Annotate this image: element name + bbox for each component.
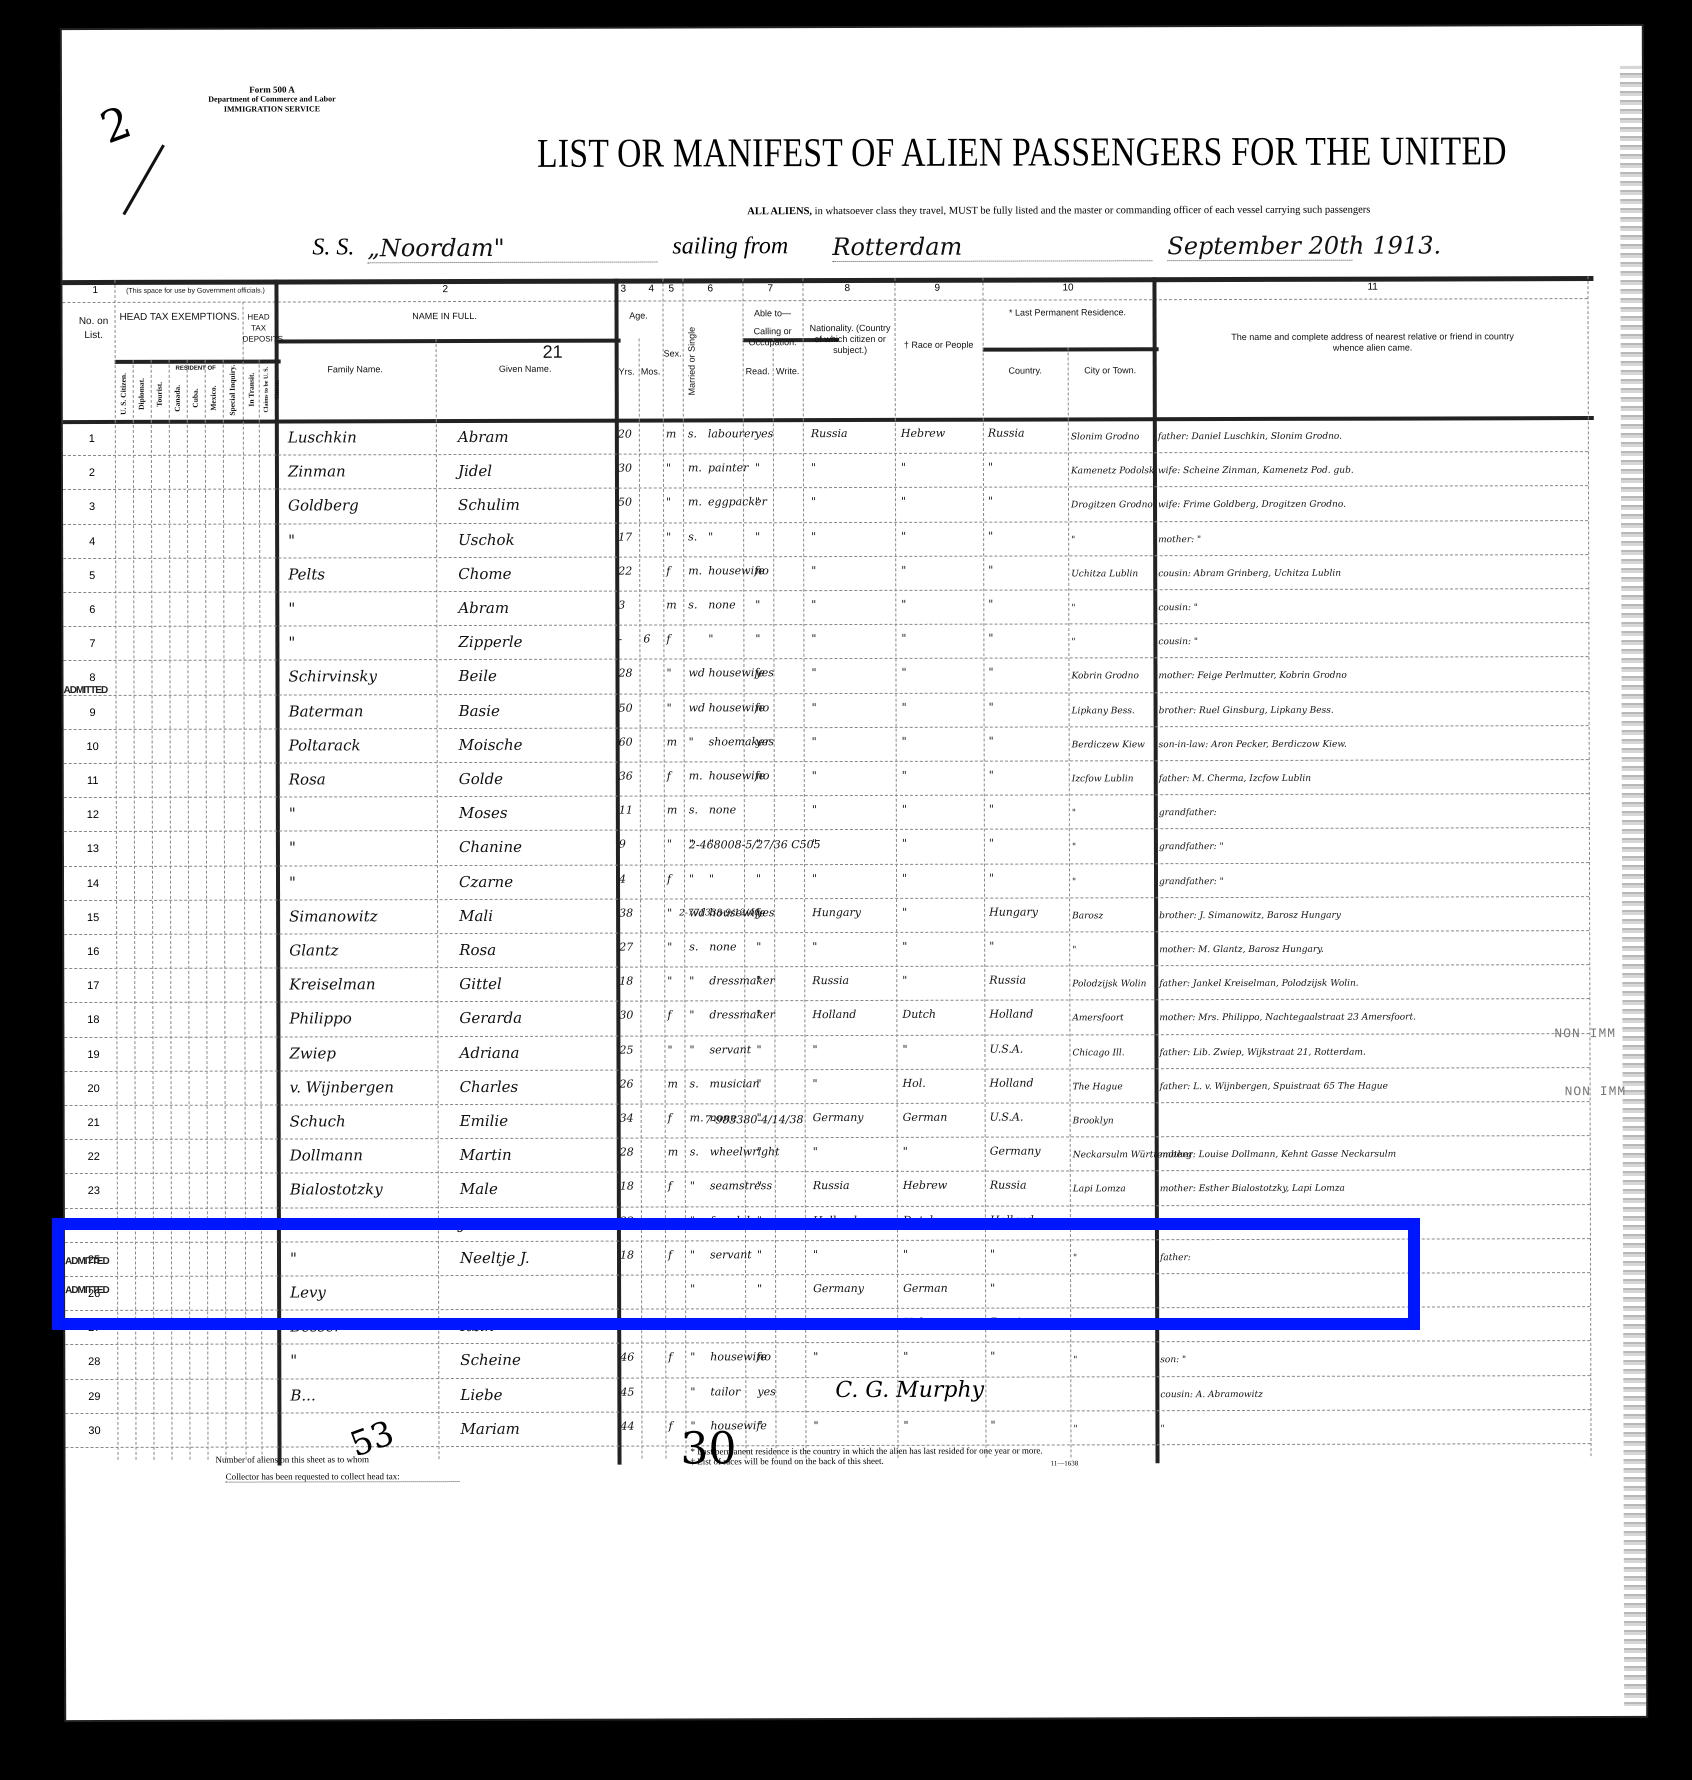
subcol-in-transit: In Transit. <box>246 364 257 417</box>
gov-use-label: (This space for use by Government offici… <box>116 286 274 297</box>
subcol-mexico: Mexico. <box>208 380 219 417</box>
marital-status: s. <box>689 940 698 953</box>
sex: " <box>667 701 672 714</box>
row-number: 4 <box>77 536 107 548</box>
sex: m <box>668 1214 678 1227</box>
family-name: Pelts <box>288 565 325 583</box>
residence-city: " <box>1073 1253 1077 1263</box>
given-name: Basie <box>459 702 500 720</box>
last-residence-label: * Last Permanent Residence. <box>983 307 1153 318</box>
read-label: Read. <box>743 366 773 377</box>
row17-annotation: 2-771338-9/12/40 <box>679 908 760 918</box>
able-to-read: " <box>757 1214 762 1227</box>
race: " <box>903 1145 908 1158</box>
city-label: City or Town. <box>1068 365 1153 376</box>
given-name: Chome <box>458 565 511 583</box>
nearest-relative: mother: " <box>1158 535 1201 545</box>
race: German <box>903 1282 948 1295</box>
nearest-relative: grandfather: <box>1159 808 1217 818</box>
given-name: Emilie <box>460 1112 509 1130</box>
marital-status: s. <box>690 1146 699 1159</box>
age-years: 46 <box>620 1351 634 1364</box>
residence-country: " <box>989 837 994 850</box>
sex: m <box>667 804 677 817</box>
row-number: 17 <box>78 980 108 992</box>
sex: m <box>666 598 676 611</box>
col-number-9: 9 <box>934 283 940 294</box>
write-label: Write. <box>773 366 803 377</box>
name-in-full-label: NAME IN FULL. <box>275 311 615 323</box>
manifest-sheet: Form 500 A Department of Commerce and La… <box>62 26 1646 1720</box>
given-name: Rosa <box>459 941 496 959</box>
family-name: Levy <box>290 1283 326 1301</box>
nearest-relative: father: M. Cherma, Izcfow Lublin <box>1159 774 1311 784</box>
family-name: Zinman <box>288 463 346 481</box>
residence-city: " <box>1072 877 1076 887</box>
sex: f <box>668 1419 672 1432</box>
occupation: painter <box>708 461 748 474</box>
nearest-relative: son: Jankew Besser, Chenstochow Petrkow. <box>1160 1321 1357 1332</box>
age-years: 60 <box>619 735 633 748</box>
subtitle-bold: ALL ALIENS, <box>747 206 812 217</box>
non-imm-stamp-row19: NON IMM <box>1554 1026 1616 1041</box>
age-label: Age. <box>615 310 663 321</box>
race: " <box>903 1248 908 1261</box>
form-code: 11—1638 <box>1051 1459 1079 1467</box>
able-to-read: " <box>757 1180 762 1193</box>
race: " <box>902 837 907 850</box>
subcol-tourist: Tourist. <box>154 372 165 417</box>
nearest-relative-label: The name and complete address of nearest… <box>1163 331 1583 354</box>
sex: " <box>667 940 672 953</box>
nationality: " <box>811 461 816 474</box>
nationality: Holland <box>812 1008 856 1021</box>
non-imm-stamp-row20: NON IMM <box>1565 1084 1627 1099</box>
manifest-table: 1 2 3 4 5 6 7 8 9 10 11 (This space for … <box>62 276 1645 1480</box>
able-to-read: " <box>755 632 760 645</box>
inspector-signature: C. G. Murphy <box>835 1378 984 1403</box>
occupation: none <box>709 803 736 816</box>
residence-country: " <box>989 803 994 816</box>
nationality: Holland <box>813 1214 857 1227</box>
residence-country: Russia <box>989 974 1026 987</box>
nationality: " <box>812 803 817 816</box>
row-number: 19 <box>78 1049 108 1061</box>
sex: m <box>666 427 676 440</box>
nationality: " <box>813 1350 818 1363</box>
age-years: 30 <box>619 1009 633 1022</box>
residence-country: Holland <box>990 1076 1034 1089</box>
nationality: " <box>811 495 816 508</box>
residence-city: " <box>1071 535 1075 545</box>
race-label: † Race or People <box>895 340 983 351</box>
col-number-4: 4 <box>648 284 654 295</box>
nationality: " <box>811 598 816 611</box>
age-years: 17 <box>618 530 632 543</box>
nearest-relative: father: Lib. Zwiep, Wijkstraat 21, Rotte… <box>1159 1047 1365 1058</box>
occupation: seamstress <box>710 1180 772 1193</box>
sex: " <box>666 462 671 475</box>
race: " <box>901 632 906 645</box>
row-number: 3 <box>77 501 107 513</box>
mos-label: Mos. <box>639 366 663 377</box>
marital-status: " <box>689 1009 694 1022</box>
row-number: 2 <box>77 467 107 479</box>
occupation: none <box>708 598 735 611</box>
nationality: Hungary <box>812 906 861 919</box>
col-number-8: 8 <box>844 283 850 294</box>
residence-country: Germany <box>990 1145 1041 1158</box>
given-name: Scheine <box>460 1351 521 1369</box>
subcol-canada: Canada. <box>172 380 183 417</box>
sex: f <box>668 1351 672 1364</box>
sex: " <box>667 975 672 988</box>
able-to-read: " <box>756 872 761 885</box>
nearest-relative: mother: Louise Dollmann, Kehnt Gasse Nec… <box>1160 1150 1396 1161</box>
marital-status: m. <box>688 496 702 509</box>
able-to-read: " <box>755 461 760 474</box>
family-name: Poltarack <box>289 736 361 754</box>
age-years: 18 <box>619 975 633 988</box>
col-number-3: 3 <box>620 284 626 295</box>
nationality: " <box>812 1043 817 1056</box>
residence-country: U.S.A. <box>990 1111 1024 1124</box>
given-name: Golde <box>459 770 503 788</box>
sex: " <box>666 530 671 543</box>
sex: f <box>668 1111 672 1124</box>
row-number: 18 <box>78 1014 108 1026</box>
yrs-label: Yrs. <box>615 367 639 378</box>
nationality: " <box>812 701 817 714</box>
nearest-relative: grandfather: " <box>1159 842 1224 852</box>
marital-status: m. <box>689 769 703 782</box>
able-to-read: " <box>757 1419 762 1432</box>
residence-country: U.S.A. <box>989 1042 1023 1055</box>
aliens-count-label: Number of aliens on this sheet as to who… <box>216 1454 370 1464</box>
marital-status: s. <box>689 804 698 817</box>
form-identifier: Form 500 A Department of Commerce and La… <box>182 84 362 114</box>
nationality: " <box>812 872 817 885</box>
marital-status: " <box>690 1214 695 1227</box>
sex: m <box>667 735 677 748</box>
age-years: 30 <box>618 462 632 475</box>
sex: f <box>667 872 671 885</box>
given-name: Mali <box>459 907 493 925</box>
occupation: " <box>709 872 714 885</box>
family-name: Philippo <box>289 1010 351 1028</box>
corner-slash-mark <box>122 144 164 215</box>
able-to-label: Able to— <box>743 308 803 319</box>
given-name: Adriana <box>459 1043 519 1061</box>
able-to-read: " <box>755 496 760 509</box>
family-name: Schirvinsky <box>288 668 377 686</box>
residence-country: " <box>989 700 994 713</box>
family-name: Glantz <box>289 941 338 959</box>
resident-of-label: RESIDENT OF <box>169 364 223 375</box>
age-years: 50 <box>619 701 633 714</box>
family-name: Bialostotzky <box>290 1181 383 1199</box>
marital-status: wd <box>688 667 705 680</box>
family-name: Schuch <box>290 1112 346 1130</box>
row-number: 8 <box>77 672 107 684</box>
family-name: " <box>289 839 296 857</box>
able-to-read: no <box>757 1351 771 1364</box>
footnote-races: † List of races will be found on the bac… <box>691 1456 884 1467</box>
nearest-relative: father: Bastel van Strien, Noordgouwe Ze… <box>1160 1218 1379 1229</box>
residence-country: " <box>989 871 994 884</box>
family-name: Kreiselman <box>289 975 375 993</box>
row14-annotation: 2-468008-5/27/36 C505 <box>689 838 821 851</box>
given-name: Czarne <box>459 872 513 890</box>
col-number-5: 5 <box>668 283 674 294</box>
row-number: 16 <box>78 946 108 958</box>
age-years: 11 <box>619 804 633 817</box>
residence-country: " <box>989 769 994 782</box>
occupation: merchant <box>710 1316 764 1329</box>
occupation: tailor <box>710 1385 740 1398</box>
race: " <box>901 461 906 474</box>
age-years: 26 <box>620 1077 634 1090</box>
age-years: 50 <box>620 1317 634 1330</box>
able-to-read: no <box>755 564 769 577</box>
nationality: " <box>811 564 816 577</box>
residence-country: Russia <box>988 427 1025 440</box>
nationality: " <box>811 632 816 645</box>
col-number-2: 2 <box>442 284 448 295</box>
marital-status: " <box>689 975 694 988</box>
family-name: Besser <box>290 1318 341 1336</box>
sheet-number: 21 <box>543 347 563 358</box>
residence-country: " <box>988 529 993 542</box>
nearest-relative: wife: Frime Goldberg, Drogitzen Grodno. <box>1158 500 1346 510</box>
given-name: Itzik <box>460 1317 494 1335</box>
nearest-relative: grandfather: " <box>1159 877 1224 887</box>
row-number: 30 <box>79 1425 109 1437</box>
age-years: 20 <box>618 428 632 441</box>
residence-city: Lipkany Bess. <box>1072 706 1135 716</box>
age-years: 3 <box>618 599 625 612</box>
nearest-relative: father: L. v. Wijnbergen, Spuistraat 65 … <box>1160 1081 1388 1092</box>
family-name: B... <box>290 1386 315 1404</box>
nationality: Russia <box>813 1179 850 1192</box>
nearest-relative: son-in-law: Aron Pecker, Berdiczow Kiew. <box>1159 740 1347 750</box>
able-to-read: " <box>757 1248 762 1261</box>
family-name: Baterman <box>289 702 364 720</box>
residence-city: " <box>1071 638 1075 648</box>
row-number: 6 <box>77 604 107 616</box>
sailing-label: sailing from <box>672 233 788 260</box>
residence-city: " <box>1071 603 1075 613</box>
subcol-special-inquiry: Special Inquiry. <box>227 364 238 417</box>
race: " <box>902 940 907 953</box>
marital-status: s. <box>688 598 697 611</box>
marital-status: " <box>690 1282 695 1295</box>
given-name: Chanine <box>459 838 522 856</box>
marital-status: " <box>690 1180 695 1193</box>
married-single-label: Married or Single <box>687 308 698 413</box>
sex: " <box>666 496 671 509</box>
sex: " <box>667 906 672 919</box>
residence-city: The Hague <box>1073 1082 1123 1092</box>
age-years: - <box>618 633 622 646</box>
given-name: Uschok <box>458 530 515 548</box>
race: " <box>902 769 907 782</box>
col-number-1: 1 <box>92 285 98 296</box>
col-number-6: 6 <box>707 283 713 294</box>
race: Hol. <box>903 1077 926 1090</box>
given-name: Jidel <box>458 462 492 480</box>
given-name: Neeltje J. <box>460 1249 530 1267</box>
able-to-read: " <box>756 1043 761 1056</box>
marital-status: s. <box>688 427 697 440</box>
row-number: 28 <box>79 1356 109 1368</box>
age-years: 22 <box>620 1214 634 1227</box>
row-number: 9 <box>78 707 108 719</box>
admitted-stamp-row27: ADMITTED <box>65 1256 109 1267</box>
residence-country: Russia <box>990 1316 1027 1329</box>
ship-prefix: S. S. <box>312 234 354 261</box>
row-number: 11 <box>78 775 108 787</box>
residence-country: Holland <box>990 1213 1034 1226</box>
race: " <box>902 871 907 884</box>
residence-city: Lapi Lomza <box>1073 1185 1126 1195</box>
age-years: 4 <box>619 872 626 885</box>
family-name: Goldberg <box>288 497 359 515</box>
residence-country: " <box>990 1282 995 1295</box>
given-name: Abram <box>458 428 509 446</box>
age-years: 18 <box>620 1180 634 1193</box>
nationality: " <box>813 1419 818 1432</box>
nearest-relative: " <box>1160 1424 1164 1434</box>
nearest-relative: cousin: " <box>1158 603 1198 613</box>
age-years: 25 <box>619 1043 633 1056</box>
row-number: 10 <box>78 741 108 753</box>
residence-country: " <box>989 940 994 953</box>
marital-status: wd <box>689 701 706 714</box>
race: Hebrew <box>901 427 945 440</box>
row-number: 27 <box>79 1322 109 1334</box>
nearest-relative: mother: Esther Bialostotzky, Lapi Lomza <box>1160 1184 1345 1194</box>
age-years: 28 <box>618 667 632 680</box>
subtitle-text: in whatsoever class they travel, MUST be… <box>815 205 1371 217</box>
age-years: 22 <box>618 564 632 577</box>
race: " <box>903 1350 908 1363</box>
family-name: Simanowitz <box>289 907 378 925</box>
residence-country: " <box>990 1247 995 1260</box>
nearest-relative: cousin: A. Abramowitz <box>1160 1390 1263 1400</box>
corner-handwritten-mark: 2 <box>94 97 138 155</box>
family-name: " <box>290 1249 297 1267</box>
marital-status: s. <box>690 1077 699 1090</box>
residence-country: " <box>989 734 994 747</box>
marital-status: m. <box>690 1111 704 1124</box>
sailing-date: September 20th <box>1167 232 1352 261</box>
admitted-stamp-row10: ADMITTED <box>64 685 108 696</box>
nearest-relative: brother: J. Simanowitz, Barosz Hungary <box>1159 911 1341 921</box>
nationality: " <box>813 1248 818 1261</box>
able-to-read: yes <box>755 427 773 440</box>
age-years: 50 <box>618 496 632 509</box>
residence-city: Uchitza Lublin <box>1071 569 1138 579</box>
nearest-relative: mother: Mrs. Philippo, Nachtegaalstraat … <box>1159 1013 1416 1024</box>
collector-label: Collector has been requested to collect … <box>226 1471 460 1483</box>
sex: f <box>667 769 671 782</box>
occupation: none <box>709 940 736 953</box>
nearest-relative: son: " <box>1160 1356 1186 1366</box>
residence-city: Berdiczew Kiew <box>1072 740 1145 750</box>
head-tax-exemptions-label: HEAD TAX EXEMPTIONS. <box>117 312 243 323</box>
residence-city: Chicago Ill. <box>1072 1048 1124 1058</box>
marital-status: " <box>689 872 694 885</box>
nearest-relative: mother: M. Glantz, Barosz Hungary. <box>1159 945 1324 955</box>
footnote-residence: * Last permanent residence is the countr… <box>691 1446 1043 1457</box>
able-to-read: " <box>757 1145 762 1158</box>
marital-status: m. <box>688 462 702 475</box>
given-name: Mariam <box>460 1420 519 1438</box>
residence-country: " <box>988 461 993 474</box>
residence-country: Hungary <box>989 905 1038 918</box>
country-label: Country. <box>983 365 1068 376</box>
age-years: 38 <box>619 906 633 919</box>
residence-country: " <box>988 495 993 508</box>
age-years: 36 <box>619 770 633 783</box>
given-name: Liebe <box>460 1386 502 1404</box>
nearest-relative: cousin: " <box>1158 637 1198 647</box>
race: " <box>903 1419 908 1432</box>
family-name: van Strien <box>290 1215 369 1233</box>
departure-port: Rotterdam <box>832 232 1152 262</box>
given-name: Moses <box>459 804 508 822</box>
able-to-read: " <box>756 1009 761 1022</box>
nearest-relative: father: <box>1160 1253 1191 1263</box>
residence-city: Drogitzen Grodno <box>1071 501 1153 511</box>
sex-label: Sex. <box>663 348 683 359</box>
age-years: 34 <box>620 1112 634 1125</box>
ship-name: „Noordam" <box>367 234 657 264</box>
subcol-cuba: Cuba. <box>190 380 201 417</box>
service-name: IMMIGRATION SERVICE <box>182 104 362 114</box>
occupation: servant <box>709 1043 751 1056</box>
family-name: " <box>288 634 295 652</box>
subcol-diplomat: Diplomat. <box>136 372 147 417</box>
nearest-relative: mother: Feige Perlmutter, Kobrin Grodno <box>1158 671 1346 681</box>
department: Department of Commerce and Labor <box>182 94 362 104</box>
given-name: Jan <box>460 1215 485 1233</box>
residence-country: Russia <box>990 1179 1027 1192</box>
race: " <box>902 906 907 919</box>
nationality: " <box>812 735 817 748</box>
residence-city: Kamenetz Podolsk <box>1071 466 1155 476</box>
race: German <box>903 1111 948 1124</box>
able-to-read: yes <box>755 667 773 680</box>
able-to-read: " <box>756 940 761 953</box>
occupation: labourer <box>708 427 756 440</box>
nearest-relative: father: Jankel Kreiselman, Polodzijsk Wo… <box>1159 979 1358 990</box>
row-number: 5 <box>77 570 107 582</box>
given-name: Charles <box>460 1078 519 1096</box>
nationality-label: Nationality. (Country of which citizen o… <box>808 323 893 356</box>
marital-status: " <box>690 1351 695 1364</box>
family-name: " <box>288 531 295 549</box>
family-name: Dollmann <box>290 1146 363 1164</box>
sex: m <box>668 1077 678 1090</box>
able-to-read: " <box>757 1316 762 1329</box>
race: Dutch <box>903 1213 937 1226</box>
age-years: 9 <box>619 838 626 851</box>
family-name-label: Family Name. <box>275 364 436 375</box>
given-name: Martin <box>460 1146 512 1164</box>
row-number: 7 <box>77 638 107 650</box>
